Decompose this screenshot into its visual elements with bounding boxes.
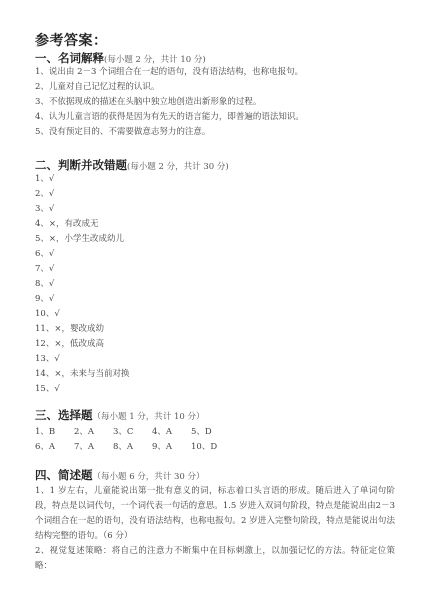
section-2-item: 15、√ [35,384,60,395]
section-4-item: 2、视觉复述策略：将自己的注意力不断集中在目标刺激上，以加强记忆的方法。特征定位… [35,544,395,574]
section-2-item: 7、√ [35,264,54,275]
section-1-item: 1、说出由 2－3 个词组合在一起的语句，没有语法结构，也称电报句。 [35,67,303,78]
choice-answer: 5、D [191,425,230,437]
choice-answer: 8、A [113,440,152,452]
section-3-title: 三、选择题 [35,408,93,422]
choice-answer: 1、B [35,425,74,437]
section-2-item: 4、×，有改成无 [35,219,99,230]
section-2-item: 3、√ [35,204,54,215]
section-4-item: 1、1 岁左右，儿童能说出第一批有意义的词，标志着口头言语的形成。随后进入了单词… [35,484,395,544]
choice-answer: 7、A [74,440,113,452]
section-2-item: 10、√ [35,309,60,320]
section-2-item: 1、√ [35,174,54,185]
section-1-title: 一、名词解释 [35,51,104,65]
section-2-item: 8、√ [35,279,54,290]
section-1-item: 4、认为儿童言语的获得是因为有先天的语言能力，即普遍的语法知识。 [35,112,304,123]
choice-answer: 6、A [35,440,74,452]
choice-answers-row: 1、B 2、A 3、C 4、A 5、D [35,425,230,437]
section-1-item: 3、不依据现成的描述在头脑中独立地创造出新形象的过程。 [35,97,261,108]
page-title: 参考答案： [35,30,108,50]
section-2-item: 14、×，未来与当前对换 [35,369,129,380]
section-2-item: 6、√ [35,249,54,260]
choice-answer: 9、A [152,440,191,452]
answer-sheet-page: 参考答案： 一、名词解释(每小题 2 分，共计 10 分) 1、说出由 2－3 … [0,0,424,600]
section-2-item: 5、×，小学生改成幼儿 [35,234,124,245]
section-2-title: 二、判断并改错题 [35,158,127,172]
section-1-note: (每小题 2 分，共计 10 分) [104,55,206,65]
section-2-heading: 二、判断并改错题(每小题 2 分，共计 30 分) [35,157,229,173]
section-2-item: 12、×，低改成高 [35,339,104,350]
section-1-heading: 一、名词解释(每小题 2 分，共计 10 分) [35,50,206,66]
section-4-title: 四、简述题 [35,468,93,482]
section-3-heading: 三、选择题（每小题 1 分，共计 10 分） [35,407,205,423]
choice-answers-row: 6、A 7、A 8、A 9、A 10、D [35,440,230,452]
section-2-item: 9、√ [35,294,54,305]
section-2-item: 13、√ [35,354,60,365]
section-2-item: 11、×，婴改成幼 [35,324,104,335]
choice-answer: 3、C [113,425,152,437]
choice-answer: 10、D [191,440,230,452]
section-4-note: （每小题 6 分，共计 30 分） [93,472,205,482]
section-3-note: （每小题 1 分，共计 10 分） [93,412,205,422]
choice-answer: 4、A [152,425,191,437]
choice-answer: 2、A [74,425,113,437]
section-4-heading: 四、简述题（每小题 6 分，共计 30 分） [35,467,205,483]
section-2-note: (每小题 2 分，共计 30 分) [127,162,229,172]
section-1-item: 2、儿童对自己记忆过程的认识。 [35,82,159,93]
section-2-item: 2、√ [35,189,54,200]
section-1-item: 5、没有预定目的、不需要做意志努力的注意。 [35,127,210,138]
